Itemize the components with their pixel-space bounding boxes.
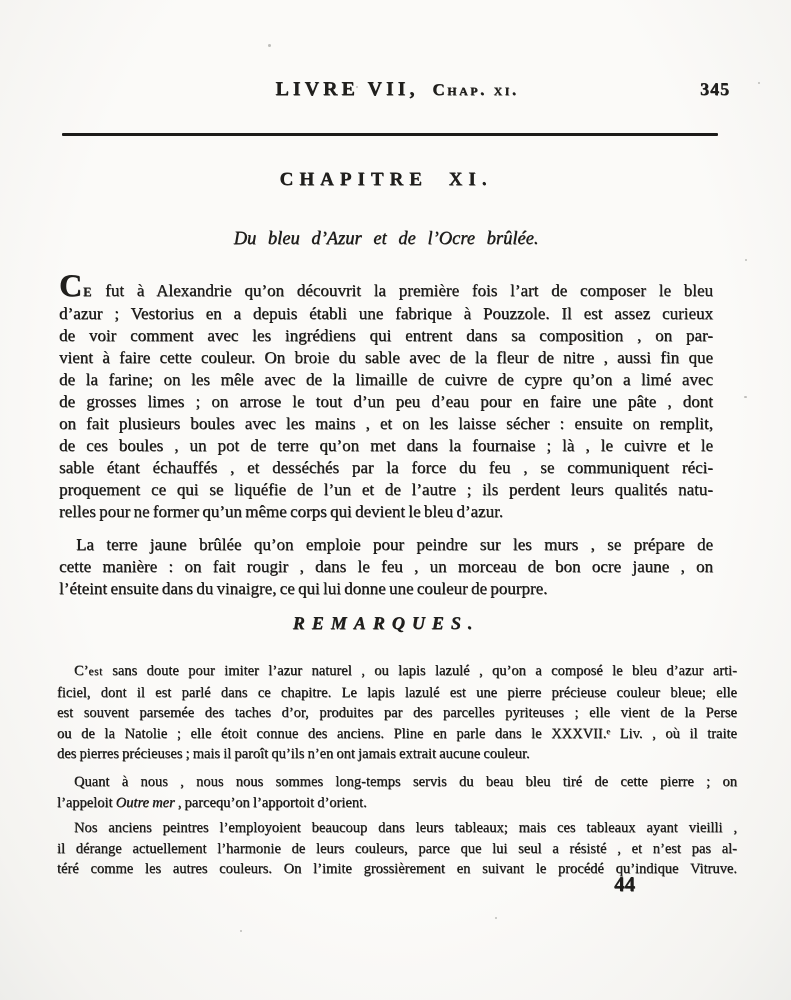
text-line: il dérange actuellement l’harmonie de le… <box>57 839 737 860</box>
text-line: proquement ce qui se liquéfie de l’un et… <box>59 479 713 501</box>
running-title-book: LIVRE VII, <box>275 78 418 100</box>
text-line: Quant à nous , nous nous sommes long-tem… <box>57 772 737 793</box>
page-number: 345 <box>700 79 730 100</box>
remarks-paragraph-2: Quant à nous , nous nous sommes long-tem… <box>57 772 737 813</box>
text-line: l’éteint ensuite dans du vinaigre, ce qu… <box>59 578 713 600</box>
text-line: relles pour ne former qu’un même corps q… <box>59 501 713 523</box>
small-cap-word: est <box>89 666 103 678</box>
drop-cap-initial: C <box>59 267 83 303</box>
text-line: l’appeloit Outre mer , parcequ’on l’appo… <box>57 793 737 814</box>
remarks-paragraph-1: C’est sans doute pour imiter l’azur natu… <box>57 661 737 765</box>
text-line: ou de la Natolie ; elle étoit connue des… <box>57 724 737 745</box>
text-line: de grosses limes ; on arrose le tout d’u… <box>59 391 713 413</box>
chapter-subtitle: Du bleu d’Azur et de l’Ocre brûlée. <box>59 229 713 250</box>
text-line: CE fut à Alexandrie qu’on découvrit la p… <box>59 280 713 303</box>
lead-cap: C’ <box>74 663 89 679</box>
header-rule <box>62 133 718 136</box>
text-line: est souvent parsemée des taches d’or, pr… <box>57 703 737 724</box>
scan-speck <box>495 917 497 919</box>
text-line: de ces boules , un pot de terre qu’on me… <box>59 435 713 457</box>
text-line: sable étant échauffés , et desséchés par… <box>59 457 713 479</box>
scan-speck <box>744 396 747 398</box>
text-line: on fait plusieurs boules avec les mains … <box>59 413 713 435</box>
remarks-heading: REMARQUES. <box>59 613 713 634</box>
main-paragraph-2: La terre jaune brûlée qu’on emploie pour… <box>59 534 713 600</box>
text-segment: l’appeloit <box>57 795 116 811</box>
scan-speck <box>268 44 271 47</box>
text-line: ficiel, dont il est parlé dans ce chapit… <box>57 683 737 704</box>
text-line: C’est sans doute pour imiter l’azur natu… <box>57 661 737 683</box>
remarks-paragraph-3: Nos anciens peintres l’employoient beauc… <box>57 818 737 880</box>
chapter-heading: CHAPITRE XI. <box>59 169 713 191</box>
text-line: de voir comment avec les ingrédiens qui … <box>59 325 713 347</box>
running-title-chapter: Chap. xi. <box>432 80 518 99</box>
text-segment: parcequ’on l’apportoit d’orient. <box>181 795 366 811</box>
book-page: LIVRE VII, Chap. xi. 345 CHAPITRE XI. Du… <box>0 0 791 1000</box>
text-line: de la farine; on les mêle avec de la lim… <box>59 369 713 391</box>
signature-number: 44 <box>57 872 737 897</box>
text-line: cette manière : on fait rougir , dans le… <box>59 556 713 578</box>
scan-speck <box>240 930 242 932</box>
text-line-rest: sans doute pour imiter l’azur naturel , … <box>103 663 737 679</box>
text-line: des pierres précieuses ; mais il paroît … <box>57 744 737 765</box>
text-line-rest: fut à Alexandrie qu’on découvrit la prem… <box>92 281 713 300</box>
italic-term: Outre mer , <box>116 795 182 811</box>
main-paragraph-1: CE fut à Alexandrie qu’on découvrit la p… <box>59 280 713 523</box>
scan-speck <box>745 259 747 261</box>
scan-speck <box>356 86 358 88</box>
text-line: Nos anciens peintres l’employoient beauc… <box>57 818 737 839</box>
text-line: vient à faire cette couleur. On broie du… <box>59 347 713 369</box>
running-header: LIVRE VII, Chap. xi. 345 <box>57 78 737 101</box>
text-line: d’azur ; Vestorius en a depuis établi un… <box>59 303 713 325</box>
text-line: La terre jaune brûlée qu’on emploie pour… <box>59 534 713 556</box>
scan-speck <box>758 82 760 84</box>
